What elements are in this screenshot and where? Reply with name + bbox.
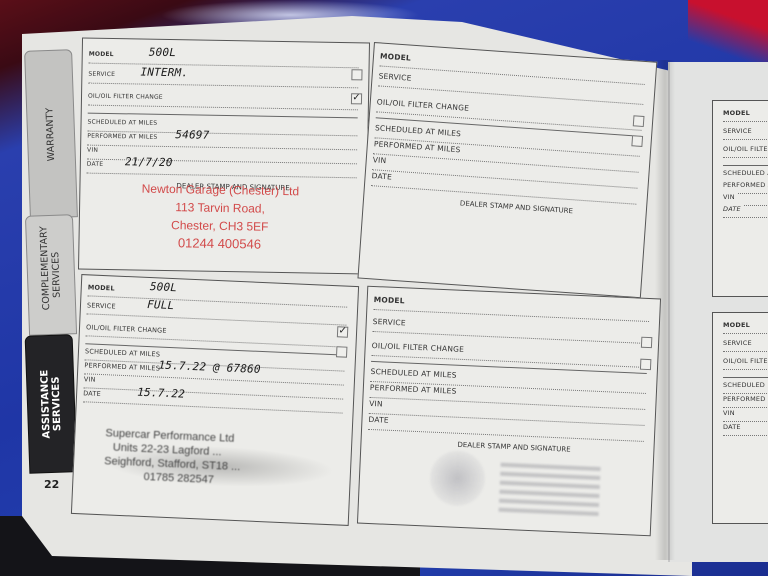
field-label: SERVICE (378, 71, 415, 82)
red-cover-corner (688, 0, 768, 70)
tab-label: COMPLEMENTARY SERVICES (39, 240, 63, 311)
oil-change-checkbox[interactable] (633, 115, 645, 127)
model-field[interactable]: MODEL (723, 109, 768, 122)
field-label: MODEL (380, 51, 415, 62)
oil-change-checkbox[interactable] (640, 359, 651, 370)
field-label: SCHEDULED AT MILES (88, 119, 161, 127)
performed-miles-field[interactable]: PERFORMED (723, 395, 768, 408)
dealer-stamp-newton-garage: Newton Garage (Chester) Ltd 113 Tarvin R… (119, 179, 320, 254)
stamp-phone: 01244 400546 (119, 233, 319, 254)
date-field[interactable]: DATE (723, 205, 768, 218)
field-label: MODEL (374, 295, 408, 305)
field-label: SCHEDULED (723, 381, 768, 389)
field-label: DATE (371, 171, 395, 182)
service-field[interactable]: SERVICEINTERM. (88, 71, 358, 89)
field-label: SERVICE (723, 127, 755, 135)
tab-label: ASSISTANCE SERVICES (39, 369, 63, 439)
field-label: OIL/OIL FILTER CHANGE (377, 97, 473, 113)
model-field[interactable]: MODEL500L (89, 51, 359, 69)
oil-change-field[interactable]: OIL/OIL FILTER (723, 145, 768, 158)
field-label: MODEL (88, 283, 118, 292)
field-label: VIN (369, 399, 386, 409)
field-label: VIN (87, 147, 101, 154)
next-page-record-2: MODEL SERVICE OIL/OIL FILTE SCHEDULED PE… (712, 312, 768, 524)
dealer-stamp-supercar-performance: Supercar Performance Ltd Units 22-23 Lag… (103, 426, 335, 492)
field-label: SCHEDULED AT MILES (370, 367, 460, 380)
field-label: DATE (83, 389, 104, 398)
oil-change-field[interactable]: OIL/OIL FILTER CHANGE (371, 341, 647, 368)
field-label: DATE (87, 161, 107, 168)
field-label: PERFORMED AT MILES (87, 133, 160, 141)
extra-checkbox[interactable] (336, 346, 347, 357)
service-checkbox[interactable] (641, 337, 652, 348)
divider (723, 377, 768, 378)
oil-change-field[interactable]: OIL/OIL FILTER CHANGE (86, 323, 346, 347)
dealer-stamp-label: DEALER STAMP AND SIGNATURE (457, 441, 570, 454)
oil-change-field[interactable]: OIL/OIL FILTE (723, 357, 768, 370)
handwritten-value: FULL (147, 298, 175, 312)
tab-label: WARRANTY (45, 107, 58, 161)
handwritten-value: 500L (149, 46, 177, 59)
field-label: PERFORMED (723, 395, 768, 403)
field-label: SCHEDULED AT MILES (375, 123, 465, 138)
handwritten-value: 21/7/20 (125, 155, 173, 169)
tab-assistance-services[interactable]: ASSISTANCE SERVICES (25, 334, 78, 474)
field-label: VIN (723, 409, 738, 417)
model-field[interactable]: MODEL (723, 321, 768, 334)
service-record-1: MODEL500L SERVICEINTERM. OIL/OIL FILTER … (78, 38, 370, 275)
oil-change-checkbox[interactable]: ✓ (337, 326, 348, 337)
field-label: OIL/OIL FILTER CHANGE (88, 93, 166, 101)
next-page-record-1: MODEL SERVICE OIL/OIL FILTER SCHEDULED A… (712, 100, 768, 297)
page-number: 22 (44, 478, 59, 491)
field-label: VIN (723, 193, 738, 201)
field-label: VIN (84, 375, 99, 384)
service-checkbox[interactable] (351, 69, 362, 80)
field-label: DATE (368, 415, 392, 425)
field-label: DATE (723, 205, 744, 213)
service-record-3-blank: MODEL SERVICE OIL/OIL FILTER CHANGE SCHE… (357, 42, 657, 298)
handwritten-value: INTERM. (140, 66, 188, 80)
oil-change-checkbox[interactable]: ✓ (351, 93, 362, 104)
field-label: SCHEDULED A (723, 169, 768, 177)
field-label: SCHEDULED AT MILES (85, 347, 163, 358)
field-label: PERFORMED A (723, 181, 768, 189)
service-field[interactable]: SERVICE (372, 317, 648, 344)
oil-change-field[interactable]: OIL/OIL FILTER CHANGE (88, 93, 358, 111)
vin-field[interactable]: VIN (723, 409, 768, 422)
field-label: DATE (723, 423, 744, 431)
service-field[interactable]: SERVICE (723, 339, 768, 352)
blurred-stamp (429, 450, 486, 507)
divider (88, 113, 358, 119)
service-record-2: MODEL500L SERVICEFULL OIL/OIL FILTER CHA… (71, 274, 359, 526)
tab-warranty[interactable]: WARRANTY (24, 49, 78, 219)
blurred-stamp-text (499, 463, 601, 517)
service-field[interactable]: SERVICE (723, 127, 768, 140)
field-label: VIN (372, 155, 389, 165)
field-label: SERVICE (723, 339, 755, 347)
handwritten-value: 500L (150, 280, 178, 294)
scheduled-miles-field[interactable]: SCHEDULED (723, 381, 768, 394)
divider (723, 165, 768, 166)
date-field[interactable]: DATE (723, 423, 768, 436)
field-label: SERVICE (88, 71, 118, 79)
stamp-name: Newton Garage (Chester) Ltd (120, 179, 320, 200)
field-label: MODEL (723, 109, 753, 117)
field-label: SERVICE (373, 317, 409, 328)
handwritten-value: 54697 (175, 128, 209, 142)
field-label: SERVICE (87, 301, 119, 310)
field-label: MODEL (89, 51, 117, 58)
tab-complementary-services[interactable]: COMPLEMENTARY SERVICES (25, 214, 77, 336)
field-label: OIL/OIL FILTER (723, 145, 768, 153)
handwritten-value: 15.7.22 (137, 386, 185, 401)
dealer-stamp-label: DEALER STAMP AND SIGNATURE (460, 199, 573, 215)
field-label: MODEL (723, 321, 753, 329)
field-label: OIL/OIL FILTE (723, 357, 768, 365)
service-record-4-blank: MODEL SERVICE OIL/OIL FILTER CHANGE SCHE… (357, 286, 661, 537)
field-label: OIL/OIL FILTER CHANGE (86, 323, 170, 335)
field-label: OIL/OIL FILTER CHANGE (372, 341, 468, 354)
